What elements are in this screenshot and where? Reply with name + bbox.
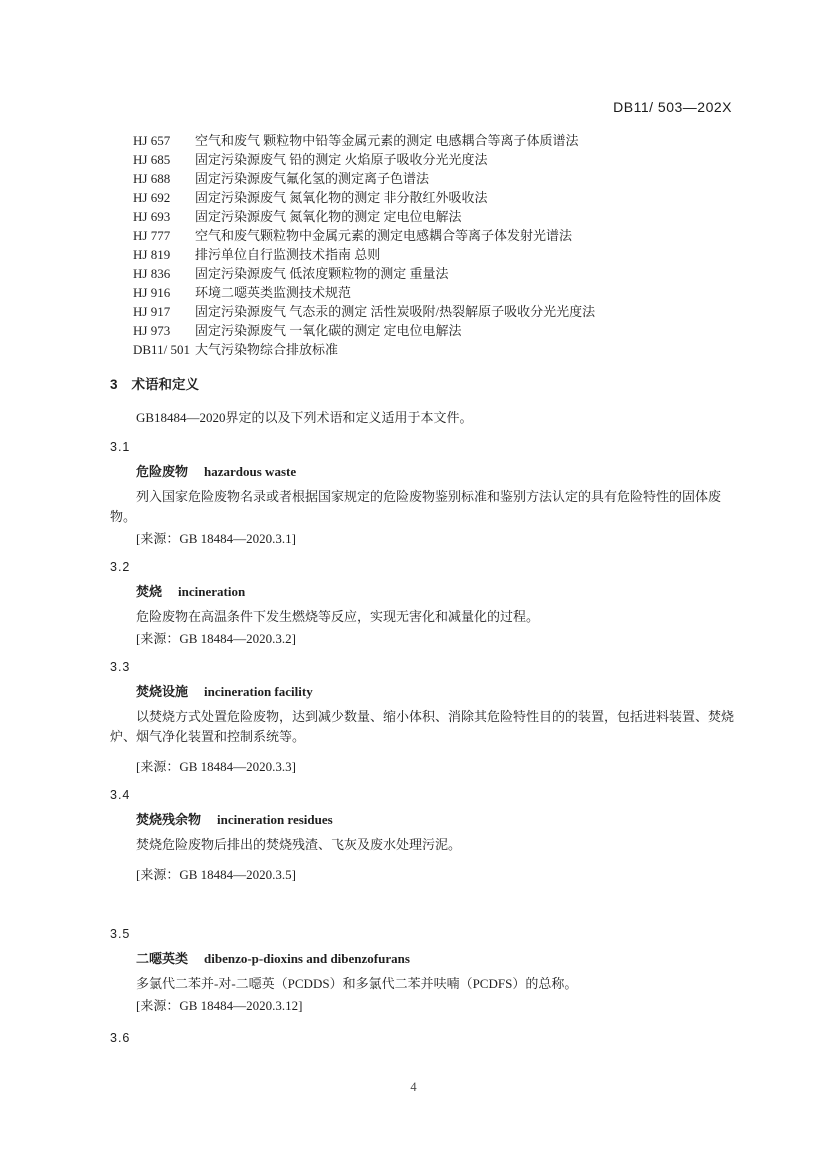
reference-code: HJ 685: [133, 150, 195, 169]
references-list: HJ 657 空气和废气 颗粒物中铅等金属元素的测定 电感耦合等离子体质谱法 H…: [110, 131, 734, 359]
reference-row: HJ 917 固定污染源废气 气态汞的测定 活性炭吸附/热裂解原子吸收分光光度法: [110, 302, 734, 321]
term-block: 3.2 焚烧incineration 危险废物在高温条件下发生燃烧等反应，实现无…: [110, 559, 734, 648]
term-name-en: incineration facility: [204, 684, 313, 699]
reference-code: HJ 693: [133, 207, 195, 226]
term-heading: 焚烧设施incineration facility: [110, 683, 734, 701]
reference-title: 排污单位自行监测技术指南 总则: [195, 245, 734, 264]
section-number: 3: [110, 377, 118, 392]
term-block: 3.5 二噁英类dibenzo-p-dioxins and dibenzofur…: [110, 926, 734, 1015]
reference-title: 固定污染源废气 氮氧化物的测定 定电位电解法: [195, 207, 734, 226]
term-number: 3.2: [110, 559, 734, 575]
reference-code: HJ 973: [133, 321, 195, 340]
reference-row: HJ 693 固定污染源废气 氮氧化物的测定 定电位电解法: [110, 207, 734, 226]
reference-row: HJ 819 排污单位自行监测技术指南 总则: [110, 245, 734, 264]
term-heading: 焚烧残余物incineration residues: [110, 811, 734, 829]
reference-title: 固定污染源废气 氮氧化物的测定 非分散红外吸收法: [195, 188, 734, 207]
term-heading: 危险废物hazardous waste: [110, 463, 734, 481]
term-number: 3.6: [110, 1030, 734, 1046]
term-definition: 列入国家危险废物名录或者根据国家规定的危险废物鉴别标准和鉴别方法认定的具有危险特…: [110, 487, 734, 527]
reference-code: HJ 688: [133, 169, 195, 188]
term-number: 3.3: [110, 659, 734, 675]
reference-code: HJ 916: [133, 283, 195, 302]
reference-code: HJ 657: [133, 131, 195, 150]
reference-code: HJ 819: [133, 245, 195, 264]
term-definition: 多氯代二苯并-对-二噁英（PCDDS）和多氯代二苯并呋喃（PCDFS）的总称。: [110, 974, 734, 994]
section-title: 术语和定义: [132, 377, 200, 392]
document-page: DB11/ 503—202X HJ 657 空气和废气 颗粒物中铅等金属元素的测…: [0, 0, 827, 1169]
term-block: 3.1 危险废物hazardous waste 列入国家危险废物名录或者根据国家…: [110, 439, 734, 548]
reference-row: HJ 916 环境二噁英类监测技术规范: [110, 283, 734, 302]
term-block: 3.4 焚烧残余物incineration residues 焚烧危险废物后排出…: [110, 787, 734, 884]
term-name-cn: 焚烧: [136, 584, 162, 599]
term-number: 3.1: [110, 439, 734, 455]
term-source: [来源：GB 18484—2020.3.5]: [110, 866, 734, 884]
reference-title: 空气和废气 颗粒物中铅等金属元素的测定 电感耦合等离子体质谱法: [195, 131, 734, 150]
term-block: 3.6: [110, 1030, 734, 1046]
term-source: [来源：GB 18484—2020.3.12]: [110, 997, 734, 1015]
reference-title: 环境二噁英类监测技术规范: [195, 283, 734, 302]
reference-title: 空气和废气颗粒物中金属元素的测定电感耦合等离子体发射光谱法: [195, 226, 734, 245]
reference-row: HJ 836 固定污染源废气 低浓度颗粒物的测定 重量法: [110, 264, 734, 283]
term-name-en: hazardous waste: [204, 464, 296, 479]
term-source: [来源：GB 18484—2020.3.2]: [110, 630, 734, 648]
term-name-cn: 焚烧设施: [136, 684, 188, 699]
section-intro: GB18484—2020界定的以及下列术语和定义适用于本文件。: [110, 408, 734, 428]
term-block: 3.3 焚烧设施incineration facility 以焚烧方式处置危险废…: [110, 659, 734, 776]
term-name-en: incineration: [178, 584, 245, 599]
reference-row: DB11/ 501 大气污染物综合排放标准: [110, 340, 734, 359]
page-content: HJ 657 空气和废气 颗粒物中铅等金属元素的测定 电感耦合等离子体质谱法 H…: [110, 131, 734, 1046]
reference-row: HJ 777 空气和废气颗粒物中金属元素的测定电感耦合等离子体发射光谱法: [110, 226, 734, 245]
reference-code: DB11/ 501: [133, 340, 195, 359]
reference-title: 固定污染源废气 气态汞的测定 活性炭吸附/热裂解原子吸收分光光度法: [195, 302, 734, 321]
reference-code: HJ 777: [133, 226, 195, 245]
term-definition: 焚烧危险废物后排出的焚烧残渣、飞灰及废水处理污泥。: [110, 835, 734, 855]
reference-title: 固定污染源废气 低浓度颗粒物的测定 重量法: [195, 264, 734, 283]
reference-code: HJ 836: [133, 264, 195, 283]
term-name-en: dibenzo-p-dioxins and dibenzofurans: [204, 951, 410, 966]
section-heading: 3术语和定义: [110, 375, 734, 395]
reference-row: HJ 688 固定污染源废气氟化氢的测定离子色谱法: [110, 169, 734, 188]
term-definition: 危险废物在高温条件下发生燃烧等反应，实现无害化和减量化的过程。: [110, 607, 734, 627]
reference-row: HJ 657 空气和废气 颗粒物中铅等金属元素的测定 电感耦合等离子体质谱法: [110, 131, 734, 150]
term-heading: 焚烧incineration: [110, 583, 734, 601]
term-source: [来源：GB 18484—2020.3.1]: [110, 530, 734, 548]
reference-title: 固定污染源废气 一氧化碳的测定 定电位电解法: [195, 321, 734, 340]
reference-code: HJ 917: [133, 302, 195, 321]
reference-row: HJ 692 固定污染源废气 氮氧化物的测定 非分散红外吸收法: [110, 188, 734, 207]
term-number: 3.4: [110, 787, 734, 803]
term-name-en: incineration residues: [217, 812, 333, 827]
term-name-cn: 焚烧残余物: [136, 812, 201, 827]
term-source: [来源：GB 18484—2020.3.3]: [110, 758, 734, 776]
reference-title: 固定污染源废气 铅的测定 火焰原子吸收分光光度法: [195, 150, 734, 169]
doc-code: DB11/ 503—202X: [613, 99, 732, 115]
term-name-cn: 二噁英类: [136, 951, 188, 966]
reference-code: HJ 692: [133, 188, 195, 207]
term-number: 3.5: [110, 926, 734, 942]
term-heading: 二噁英类dibenzo-p-dioxins and dibenzofurans: [110, 950, 734, 968]
reference-row: HJ 685 固定污染源废气 铅的测定 火焰原子吸收分光光度法: [110, 150, 734, 169]
term-definition: 以焚烧方式处置危险废物，达到减少数量、缩小体积、消除其危险特性目的的装置，包括进…: [110, 707, 734, 747]
page-number: 4: [0, 1080, 827, 1095]
reference-title: 固定污染源废气氟化氢的测定离子色谱法: [195, 169, 734, 188]
reference-row: HJ 973 固定污染源废气 一氧化碳的测定 定电位电解法: [110, 321, 734, 340]
term-name-cn: 危险废物: [136, 464, 188, 479]
reference-title: 大气污染物综合排放标准: [195, 340, 734, 359]
